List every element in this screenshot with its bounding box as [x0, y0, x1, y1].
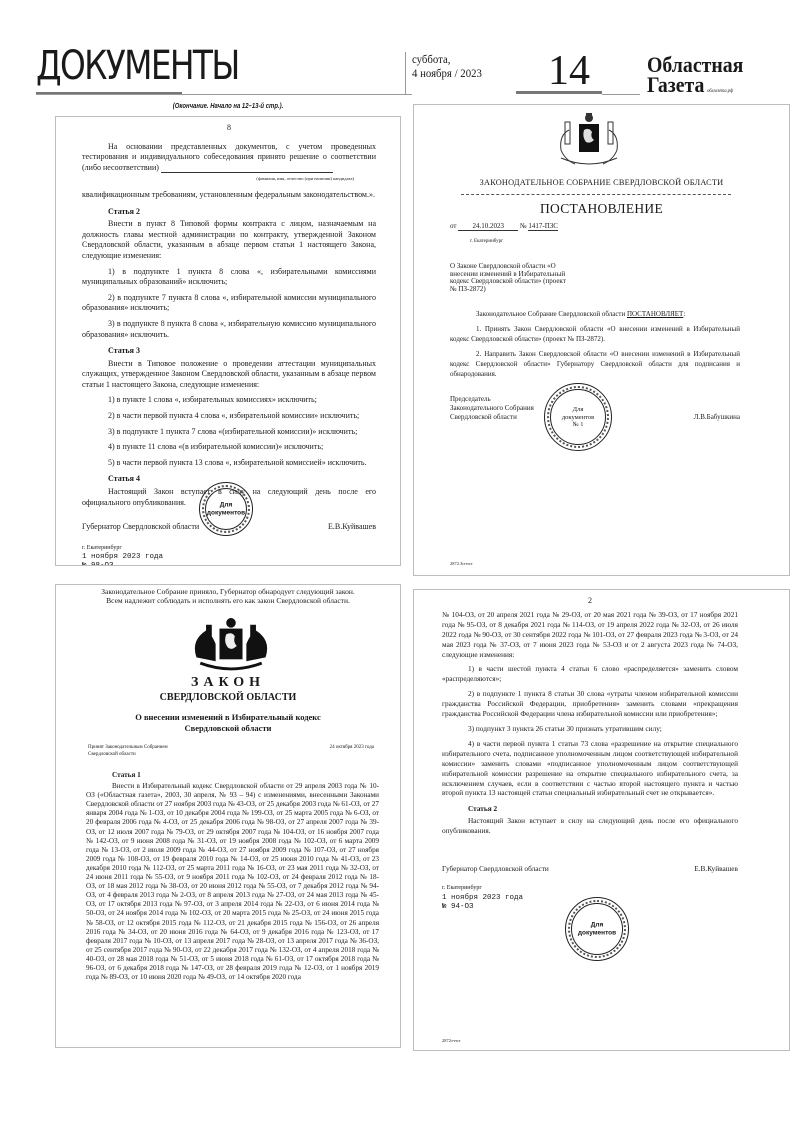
- doc-page-number: 8: [82, 123, 376, 134]
- issue-day: суббота,: [412, 52, 482, 66]
- resolution-item: 2. Направить Закон Свердловской области …: [450, 349, 740, 379]
- law-94-page-1: Законодательное Собрание приняло, Губерн…: [55, 584, 401, 1048]
- doc-reference: 2872з-нст: [442, 1038, 461, 1043]
- law-98-page-8: 8 На основании представленных документов…: [55, 116, 401, 566]
- signer-name: Е.В.Куйвашев: [328, 522, 376, 533]
- paragraph: 1) в пункте 1 слова «, избирательных ком…: [82, 395, 376, 406]
- divider: [461, 194, 731, 196]
- paragraph: 3) в подпункте 8 пункта 8 слова «, избир…: [82, 319, 376, 340]
- official-stamp: Для документов № 1: [544, 383, 612, 451]
- paragraph: квалификационным требованиям, установлен…: [82, 190, 376, 201]
- brand-line2: Газета: [647, 72, 704, 97]
- masthead-rule-2: [180, 94, 406, 95]
- paragraph: 4) в пункте 11 слова «(в избирательной к…: [82, 442, 376, 453]
- masthead: ДОКУМЕНТЫ суббота, 4 ноября / 2023 14 Об…: [0, 0, 800, 100]
- signature-row: Губернатор Свердловской области Е.В.Куйв…: [442, 864, 738, 874]
- resolution-item: 1. Принять Закон Свердловской области «О…: [450, 324, 740, 344]
- paragraph: Внести в Избирательный кодекс Свердловск…: [86, 782, 379, 982]
- article-heading: Статья 2: [442, 804, 738, 814]
- section-title: ДОКУМЕНТЫ: [36, 46, 239, 86]
- paragraph: 2) в части первой пункта 4 слова «, изби…: [82, 411, 376, 422]
- paragraph: 5) в части первой пункта 13 слова «, изб…: [82, 458, 376, 469]
- paragraph: 1) в подпункте 1 пункта 8 слова «, избир…: [82, 267, 376, 288]
- adoption-date: 24 октября 2023 года: [330, 745, 374, 758]
- issue-date: суббота, 4 ноября / 2023: [412, 52, 482, 80]
- paragraph: Настоящий Закон вступает в силу на следу…: [442, 816, 738, 836]
- amendment-item: 1) в части шестой пункта 4 статьи 6 слов…: [442, 664, 738, 684]
- doc-page-number: 2: [442, 596, 738, 606]
- adoption-info: Принят Законодательным Собранием Свердло…: [88, 745, 374, 758]
- page-number-underline: [516, 91, 602, 94]
- preamble: Законодательное Собрание Свердловской об…: [450, 309, 740, 319]
- amendment-item: 4) в части первой пункта 1 статьи 73 сло…: [442, 739, 738, 798]
- resolution-document: ЗАКОНОДАТЕЛЬНОЕ СОБРАНИЕ СВЕРДЛОВСКОЙ ОБ…: [413, 104, 790, 576]
- official-stamp: Для документов: [565, 897, 629, 961]
- article-heading: Статья 1: [86, 771, 379, 780]
- article-heading: Статья 2: [82, 207, 376, 218]
- law-94-page-2: 2 № 104-ОЗ, от 20 апреля 2021 года № 29-…: [413, 589, 790, 1051]
- law-number: № 98-ОЗ: [82, 562, 376, 566]
- signed-date: 1 ноября 2023 года: [82, 553, 376, 562]
- continued-note: (Окончание. Начало на 12–13-й стр.).: [81, 103, 375, 110]
- article-heading: Статья 3: [82, 346, 376, 357]
- blank-line: [161, 164, 333, 173]
- paragraph: 3) в подпункте 1 пункта 7 слова «(избира…: [82, 427, 376, 438]
- brand-site: облгазета.рф: [707, 89, 733, 94]
- coat-of-arms-icon: [183, 615, 279, 671]
- masthead-divider: [405, 52, 406, 94]
- organization-name: ЗАКОНОДАТЕЛЬНОЕ СОБРАНИЕ СВЕРДЛОВСКОЙ ОБ…: [414, 178, 789, 187]
- paragraph: № 104-ОЗ, от 20 апреля 2021 года № 29-ОЗ…: [442, 610, 738, 660]
- paragraph: На основании представленных документов, …: [82, 142, 376, 174]
- resolution-date: 24.10.2023: [458, 222, 518, 231]
- page-number: 14: [548, 50, 590, 92]
- resolution-subject: О Законе Свердловской области «О внесени…: [450, 263, 570, 293]
- signer-name: Л.В.Бабушкина: [694, 413, 740, 422]
- law-region: СВЕРДЛОВСКОЙ ОБЛАСТИ: [56, 692, 400, 703]
- document-title: ПОСТАНОВЛЕНИЕ: [414, 201, 789, 217]
- paragraph: Внести в Типовое положение о проведении …: [82, 359, 376, 391]
- paragraph: 2) в подпункте 7 пункта 8 слова «, избир…: [82, 293, 376, 314]
- resolution-number: 1417-ПЗС: [528, 222, 558, 231]
- city: г. Екатеринбург: [82, 543, 376, 554]
- law-subject: О внесении изменений в Избирательный код…: [56, 712, 400, 734]
- masthead-rule-3: [602, 94, 640, 95]
- city: г. Екатеринбург: [470, 239, 503, 244]
- issue-date-text: 4 ноября / 2023: [412, 66, 482, 80]
- amendment-item: 3) подпункт 3 пункта 26 статьи 30 призна…: [442, 724, 738, 734]
- law-title: ЗАКОН: [56, 675, 400, 691]
- signer-title: Губернатор Свердловской области: [442, 864, 549, 874]
- promulgation-formula: Законодательное Собрание приняло, Губерн…: [56, 587, 400, 605]
- newspaper-logo: Областная Газетаоблгазета.рф: [647, 55, 743, 102]
- coat-of-arms-icon: [539, 110, 639, 168]
- doc-reference: 2872.Зп-нст: [450, 561, 473, 566]
- signer-name: Е.В.Куйвашев: [694, 864, 738, 874]
- blank-caption: (фамилия, имя, отчество (при наличии) ка…: [82, 174, 376, 185]
- resolution-date-row: от 24.10.2023 № 1417-ПЗС: [450, 222, 558, 231]
- city: г. Екатеринбург: [442, 884, 738, 894]
- amendment-item: 2) в подпункте 1 пункта 8 статьи 30 слов…: [442, 689, 738, 719]
- official-stamp: Для документов: [199, 482, 253, 536]
- signer-title: Губернатор Свердловской области: [82, 522, 199, 533]
- paragraph: Внести в пункт 8 Типовой формы контракта…: [82, 219, 376, 261]
